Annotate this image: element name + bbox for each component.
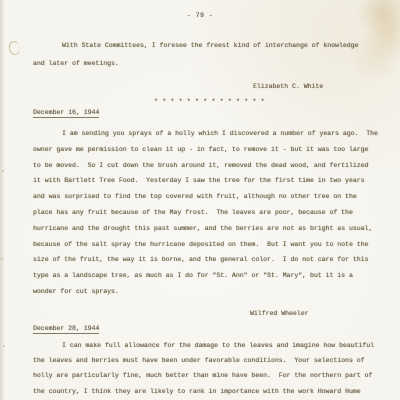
entry2-line: the leaves and berries must have been un… xyxy=(33,353,374,368)
entry1-line: because of the salt spray the hurricane … xyxy=(33,237,378,253)
signature-wilfred-wheeler: Wilfred Wheeler xyxy=(250,310,309,317)
entry1-line: type as a landscape tree, as much as I d… xyxy=(33,268,378,284)
intro-line: and later of meetings. xyxy=(33,55,358,73)
intro-paragraph: With State Committees, I foresee the fre… xyxy=(33,37,358,72)
intro-line: With State Committees, I foresee the fre… xyxy=(33,37,358,55)
entry1-line: place has any fruit because of the May f… xyxy=(33,205,378,221)
scan-speck xyxy=(1,258,3,260)
entry1-paragraph: I am sending you sprays of a holly which… xyxy=(33,126,378,300)
entry1-line: size of the fruit, the way it is borne, … xyxy=(33,252,378,268)
entry1-date-heading-wrap: December 16, 1944 xyxy=(33,109,99,118)
entry1-line: hurricane and the drought this past summ… xyxy=(33,221,378,237)
entry1-line: and was surprised to find the top covere… xyxy=(33,189,378,205)
entry1-line: owner gave me permission to clean it up … xyxy=(33,142,378,158)
asterisk-separator: * * * * * * * * * * * * * * xyxy=(154,98,265,105)
entry2-line: I can make full allowance for the damage… xyxy=(33,338,374,353)
page-number: - 79 - xyxy=(0,12,400,19)
scan-edge-shadow xyxy=(0,0,5,400)
signature-elizabeth-white: Elizabeth C. White xyxy=(253,83,323,90)
entry2-line: holly are particularly fine, much better… xyxy=(33,368,374,383)
scan-speck xyxy=(2,170,4,172)
entry1-date-heading: December 16, 1944 xyxy=(33,109,99,118)
entry2-line: the country, I think they are likely to … xyxy=(33,384,374,399)
entry1-line: to be moved. So I cut down the brush aro… xyxy=(33,158,378,174)
scan-speck xyxy=(3,345,5,347)
entry2-paragraph: I can make full allowance for the damage… xyxy=(33,338,374,399)
entry1-line: I am sending you sprays of a holly which… xyxy=(33,126,378,142)
entry2-date-heading-wrap: December 28, 1944 xyxy=(33,325,99,334)
entry2-date-heading: December 28, 1944 xyxy=(33,325,99,334)
scanned-letter-page: - 79 - With State Committees, I foresee … xyxy=(0,0,400,400)
entry1-line: wonder for cut sprays. xyxy=(33,284,378,300)
pencil-mark xyxy=(8,40,22,56)
entry1-line: it with Bartlett Tree Food. Yesterday I … xyxy=(33,173,378,189)
